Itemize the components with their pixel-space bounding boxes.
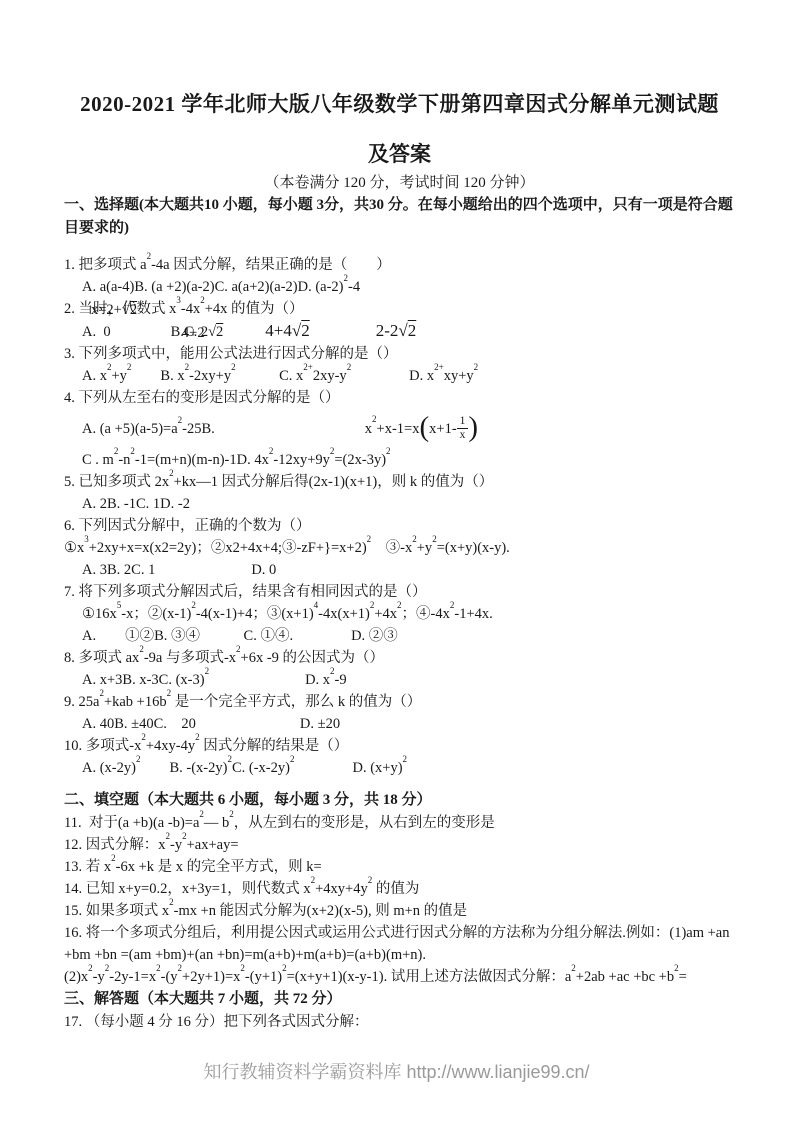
question-7-items: ①16x5-x；②(x-1)2-4(x-1)+4；③(x+1)4-4x(x+1)… <box>64 603 735 625</box>
question-9-stem: 9. 25a2+kab +16b2 是一个完全平方式，那么 k 的值为（） <box>64 691 735 713</box>
paper-content: 2020-2021 学年北师大版八年级数学下册第四章因式分解单元测试题 及答案 … <box>0 90 793 1033</box>
section-choice-heading-line1: 一、选择题(本大题共10 小题，每小题 3分，共30 分。在每小题给出的四个选项… <box>64 194 735 217</box>
question-4-options-ab: A. (a +5)(a-5)=a2-25B. x2+x-1=x(x+1-1x) <box>64 409 735 449</box>
test-paper-page: 2020-2021 学年北师大版八年级数学下册第四章因式分解单元测试题 及答案 … <box>0 0 793 1122</box>
question-1-options: A. a(a-4)B. (a +2)(a-2)C. a(a+2)(a-2)D. … <box>64 276 735 298</box>
section-fill-heading: 二、填空题（本大题共 6 小题，每小题 3 分，共 18 分） <box>64 789 735 812</box>
question-2-options: A. 0B.C. 24+2√24+4√22-2√2 <box>64 320 735 343</box>
question-12: 12. 因式分解：x2-y2+ax+ay= <box>64 834 735 856</box>
question-11: 11. 对于(a +b)(a -b)=a2— b2，从左到右的变形是，从右到左的… <box>64 812 735 834</box>
question-16-line3: (2)x2-y2-2y-1=x2-(y2+2y+1)=x2-(y+1)2=(x+… <box>64 966 735 988</box>
section-choice-heading-line2: 目要求的) <box>64 217 735 240</box>
question-6-stem: 6. 下列因式分解中，正确的个数为（） <box>64 515 735 537</box>
question-8-options: A. x+3B. x-3C. (x-3)2D. x2-9 <box>64 669 735 691</box>
question-16-line1: 16. 将一个多项式分组后，利用提公因式或运用公式进行因式分解的方法称为分组分解… <box>64 922 735 944</box>
question-5-options: A. 2B. -1C. 1D. -2 <box>64 493 735 515</box>
question-2-stem: 2. 当时，代数x=2+√2式 x3-4x2+4x 的值为（） <box>64 298 735 320</box>
paper-title-line2: 及答案 <box>64 142 735 166</box>
question-6-options: A. 3B. 2C. 1D. 0 <box>64 559 735 581</box>
question-5-stem: 5. 已知多项式 2x2+kx—1 因式分解后得(2x-1)(x+1)，则 k … <box>64 471 735 493</box>
question-14: 14. 已知 x+y=0.2，x+3y=1，则代数式 x2+4xy+4y2 的值… <box>64 878 735 900</box>
question-3-stem: 3. 下列多项式中，能用公式法进行因式分解的是（） <box>64 343 735 365</box>
section-solve-heading: 三、解答题（本大题共 7 小题，共 72 分） <box>64 988 735 1011</box>
question-6-items: ①x3+2xy+x=x(x2=2y)；②x2+4x+4;③-zF+}=x+2)2… <box>64 537 735 559</box>
question-7-options: A. ①②B. ③④ C. ①④. D. ②③ <box>64 625 735 647</box>
question-17-stem: 17. （每小题 4 分 16 分）把下列各式因式分解： <box>64 1011 735 1033</box>
question-13: 13. 若 x2-6x +k 是 x 的完全平方式，则 k= <box>64 856 735 878</box>
question-4-option-b-formula: x2+x-1=x(x+1-1x) <box>365 416 478 443</box>
question-4-stem: 4. 下列从左至右的变形是因式分解的是（） <box>64 387 735 409</box>
question-1-stem: 1. 把多项式 a2-4a 因式分解，结果正确的是（ ） <box>64 254 735 276</box>
question-4-option-a-b-text: A. (a +5)(a-5)=a2-25B. <box>82 421 215 438</box>
question-10-stem: 10. 多项式-x2+4xy-4y2 因式分解的结果是（） <box>64 735 735 757</box>
question-3-options: A. x2+y2 B. x2-2xy+y2 C. x2+2xy-y2 D. x2… <box>64 365 735 387</box>
question-10-options: A. (x-2y)2 B. -(x-2y)2C. (-x-2y)2 D. (x+… <box>64 757 735 779</box>
question-16-line2: +bm +bn =(am +bm)+(an +bn)=m(a+b)+m(a+b)… <box>64 944 735 966</box>
question-4-options-cd: C . m2-n2-1=(m+n)(m-n)-1D. 4x2-12xy+9y2=… <box>64 449 735 471</box>
question-8-stem: 8. 多项式 ax2-9a 与多项式-x2+6x -9 的公因式为（） <box>64 647 735 669</box>
question-15: 15. 如果多项式 x2-mx +n 能因式分解为(x+2)(x-5), 则 m… <box>64 900 735 922</box>
site-watermark-footer: 知行教辅资料学霸资料库 http://www.lianjie99.cn/ <box>0 1058 793 1084</box>
question-9-options: A. 40B. ±40C. 20D. ±20 <box>64 713 735 735</box>
paper-title-line1: 2020-2021 学年北师大版八年级数学下册第四章因式分解单元测试题 <box>64 90 735 118</box>
exam-info: （本卷满分 120 分，考试时间 120 分钟） <box>64 172 735 194</box>
